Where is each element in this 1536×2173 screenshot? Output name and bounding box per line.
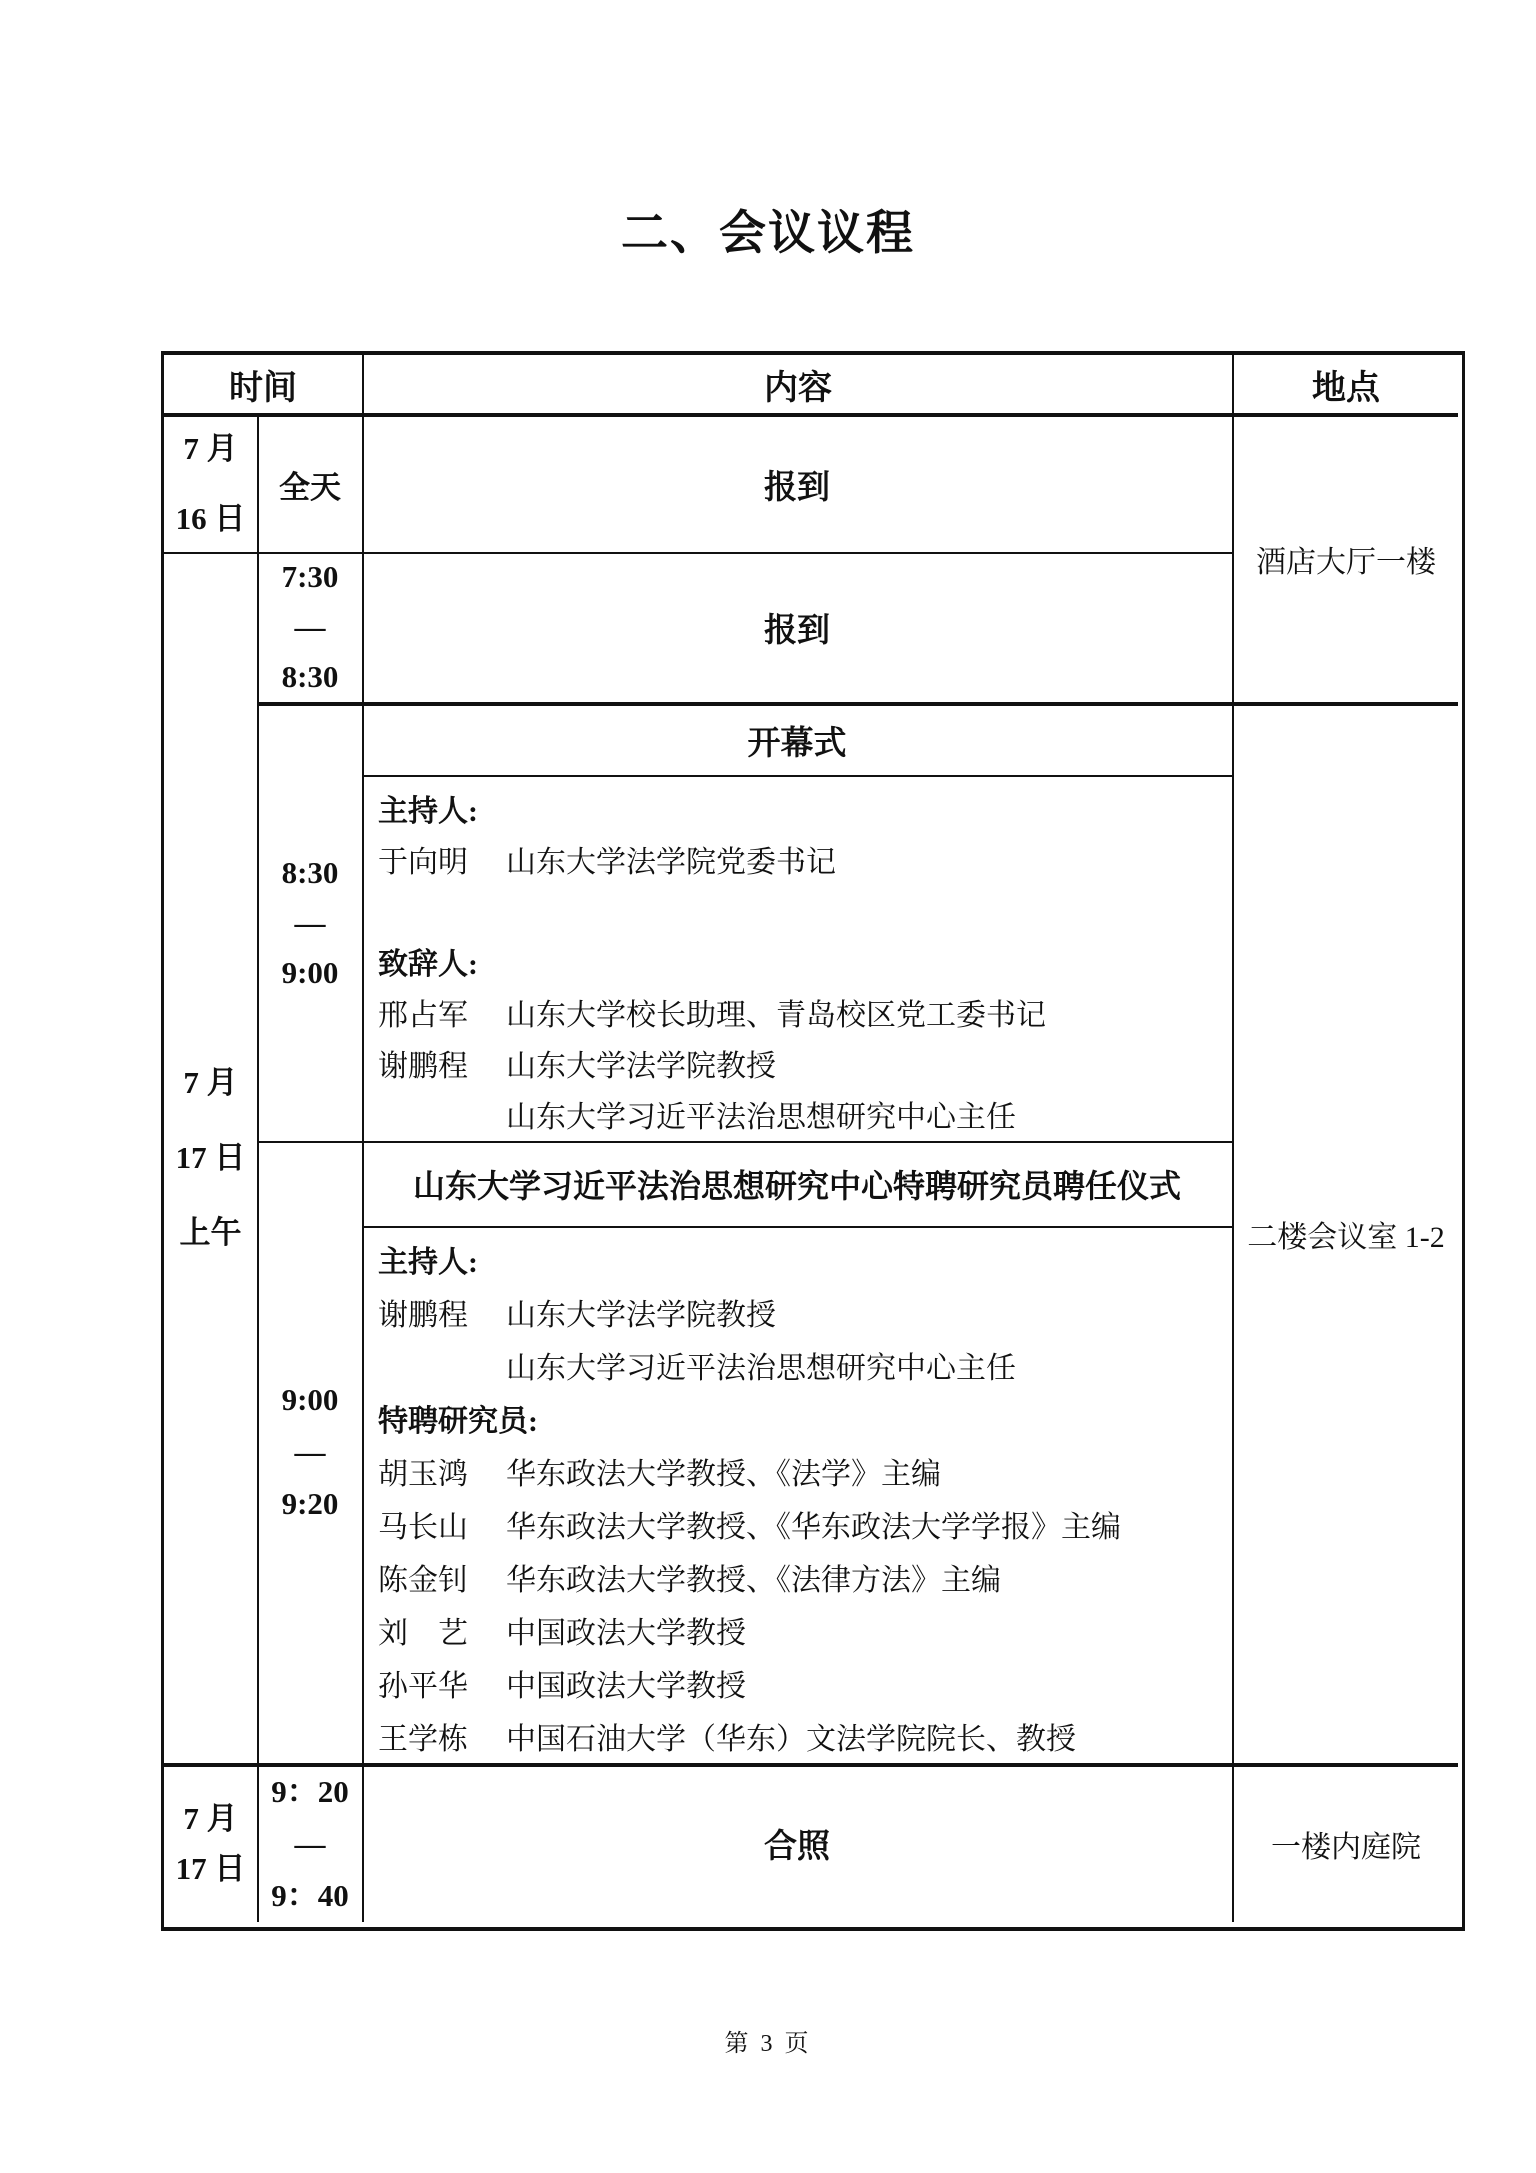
time-line: 9:20 — [282, 1478, 339, 1530]
time-dash: — — [295, 1818, 326, 1870]
person-title: 华东政法大学教授、《华东政法大学学报》主编 — [506, 1502, 1121, 1546]
person-title: 中国石油大学（华东）文法学院院长、教授 — [506, 1714, 1076, 1758]
location-cell-meeting-room: 二楼会议室 1-2 — [1234, 706, 1458, 1762]
time-dash: — — [295, 898, 326, 948]
content-cell-opening-ceremony: 开幕式 — [364, 706, 1230, 774]
header-cell-content: 内容 — [364, 355, 1232, 413]
person-title: 山东大学校长助理、青岛校区党工委书记 — [506, 990, 1046, 1034]
content-cell-group-photo: 合照 — [364, 1767, 1230, 1920]
time-cell-830-900: 8:30 — 9:00 — [259, 706, 361, 1139]
person-name: 刘 艺 — [378, 1608, 474, 1652]
date-line: 17 日 — [176, 1844, 246, 1894]
page-footer: 第 3 页 — [0, 2020, 1536, 2060]
person-line: 邢占军 山东大学校长助理、青岛校区党工委书记 — [378, 986, 1230, 1037]
time-line: 9:00 — [282, 1374, 339, 1426]
time-line: 8:30 — [282, 848, 339, 898]
person-name: 谢鹏程 — [378, 1290, 474, 1334]
time-cell-920-940: 9：20 — 9：40 — [259, 1767, 361, 1920]
person-line-continuation: 山东大学习近平法治思想研究中心主任 — [378, 1338, 1230, 1391]
fellows-label: 特聘研究员: — [378, 1391, 1230, 1444]
person-name: 邢占军 — [378, 990, 474, 1034]
date-line: 7 月 — [183, 1045, 237, 1120]
date-cell-july16: 7 月 16 日 — [164, 417, 257, 551]
person-name: 孙平华 — [378, 1661, 474, 1705]
person-name: 王学栋 — [378, 1714, 474, 1758]
location-cell-hotel-lobby: 酒店大厅一楼 — [1234, 417, 1458, 701]
person-name: 陈金钊 — [378, 1555, 474, 1599]
blank-line — [378, 884, 1230, 935]
time-line: 9：20 — [271, 1766, 349, 1818]
date-line: 上午 — [180, 1195, 242, 1270]
time-dash: — — [295, 1426, 326, 1478]
person-title: 山东大学法学院教授 — [506, 1041, 776, 1085]
content-cell-checkin-1: 报到 — [364, 417, 1230, 551]
person-title: 山东大学法学院党委书记 — [506, 837, 836, 881]
person-line: 谢鹏程 山东大学法学院教授 — [378, 1037, 1230, 1088]
date-line: 7 月 — [183, 1794, 237, 1844]
time-cell-900-920: 9:00 — 9:20 — [259, 1143, 361, 1761]
header-cell-time: 时间 — [164, 355, 362, 413]
time-line: 9：40 — [271, 1870, 349, 1922]
person-title-2: 山东大学习近平法治思想研究中心主任 — [506, 1092, 1016, 1136]
person-line: 刘 艺 中国政法大学教授 — [378, 1603, 1230, 1656]
page-title: 二、会议议程 — [0, 198, 1536, 260]
person-line-continuation: 山东大学习近平法治思想研究中心主任 — [378, 1088, 1230, 1139]
time-line: 全天 — [279, 462, 341, 507]
time-line: 9:00 — [282, 948, 339, 998]
host-label: 主持人: — [378, 782, 1230, 833]
person-name: 马长山 — [378, 1502, 474, 1546]
person-title-2: 山东大学习近平法治思想研究中心主任 — [506, 1343, 1016, 1387]
person-name: 谢鹏程 — [378, 1041, 474, 1085]
person-line: 王学栋 中国石油大学（华东）文法学院院长、教授 — [378, 1709, 1230, 1762]
document-page: 二、会议议程 时间 内容 地点 7 月 16 日 7 月 17 日 上午 7 — [0, 0, 1536, 2173]
person-title: 山东大学法学院教授 — [506, 1290, 776, 1334]
header-cell-location: 地点 — [1234, 355, 1458, 413]
date-line: 17 日 — [176, 1120, 246, 1195]
content-cell-opening-detail: 主持人: 于向明 山东大学法学院党委书记 致辞人: 邢占军 山东大学校长助理、青… — [364, 777, 1230, 1139]
time-cell-730-830: 7:30 — 8:30 — [259, 554, 361, 700]
date-line: 7 月 — [183, 414, 237, 484]
person-line: 于向明 山东大学法学院党委书记 — [378, 833, 1230, 884]
person-name: 于向明 — [378, 837, 474, 881]
content-cell-appointment-detail: 主持人: 谢鹏程 山东大学法学院教授 山东大学习近平法治思想研究中心主任 特聘研… — [364, 1228, 1230, 1762]
content-cell-checkin-2: 报到 — [364, 554, 1230, 700]
content-cell-appointment-ceremony-title: 山东大学习近平法治思想研究中心特聘研究员聘任仪式 — [364, 1143, 1230, 1225]
speech-label: 致辞人: — [378, 935, 1230, 986]
person-line: 孙平华 中国政法大学教授 — [378, 1656, 1230, 1709]
date-cell-july17: 7 月 17 日 — [164, 1767, 257, 1920]
person-title: 中国政法大学教授 — [506, 1608, 746, 1652]
person-line: 陈金钊 华东政法大学教授、《法律方法》主编 — [378, 1550, 1230, 1603]
time-line: 7:30 — [282, 552, 339, 602]
host-label: 主持人: — [378, 1232, 1230, 1285]
person-line: 马长山 华东政法大学教授、《华东政法大学学报》主编 — [378, 1497, 1230, 1550]
person-line: 谢鹏程 山东大学法学院教授 — [378, 1285, 1230, 1338]
time-line: 8:30 — [282, 652, 339, 702]
person-line: 胡玉鸿 华东政法大学教授、《法学》主编 — [378, 1444, 1230, 1497]
person-title: 中国政法大学教授 — [506, 1661, 746, 1705]
location-cell-courtyard: 一楼内庭院 — [1234, 1767, 1458, 1920]
time-dash: — — [295, 602, 326, 652]
person-name: 胡玉鸿 — [378, 1449, 474, 1493]
person-title: 华东政法大学教授、《法律方法》主编 — [506, 1555, 1001, 1599]
person-title: 华东政法大学教授、《法学》主编 — [506, 1449, 941, 1493]
time-cell-allday: 全天 — [259, 417, 361, 551]
date-cell-july17-morning: 7 月 17 日 上午 — [164, 554, 257, 1761]
date-line: 16 日 — [176, 484, 246, 554]
